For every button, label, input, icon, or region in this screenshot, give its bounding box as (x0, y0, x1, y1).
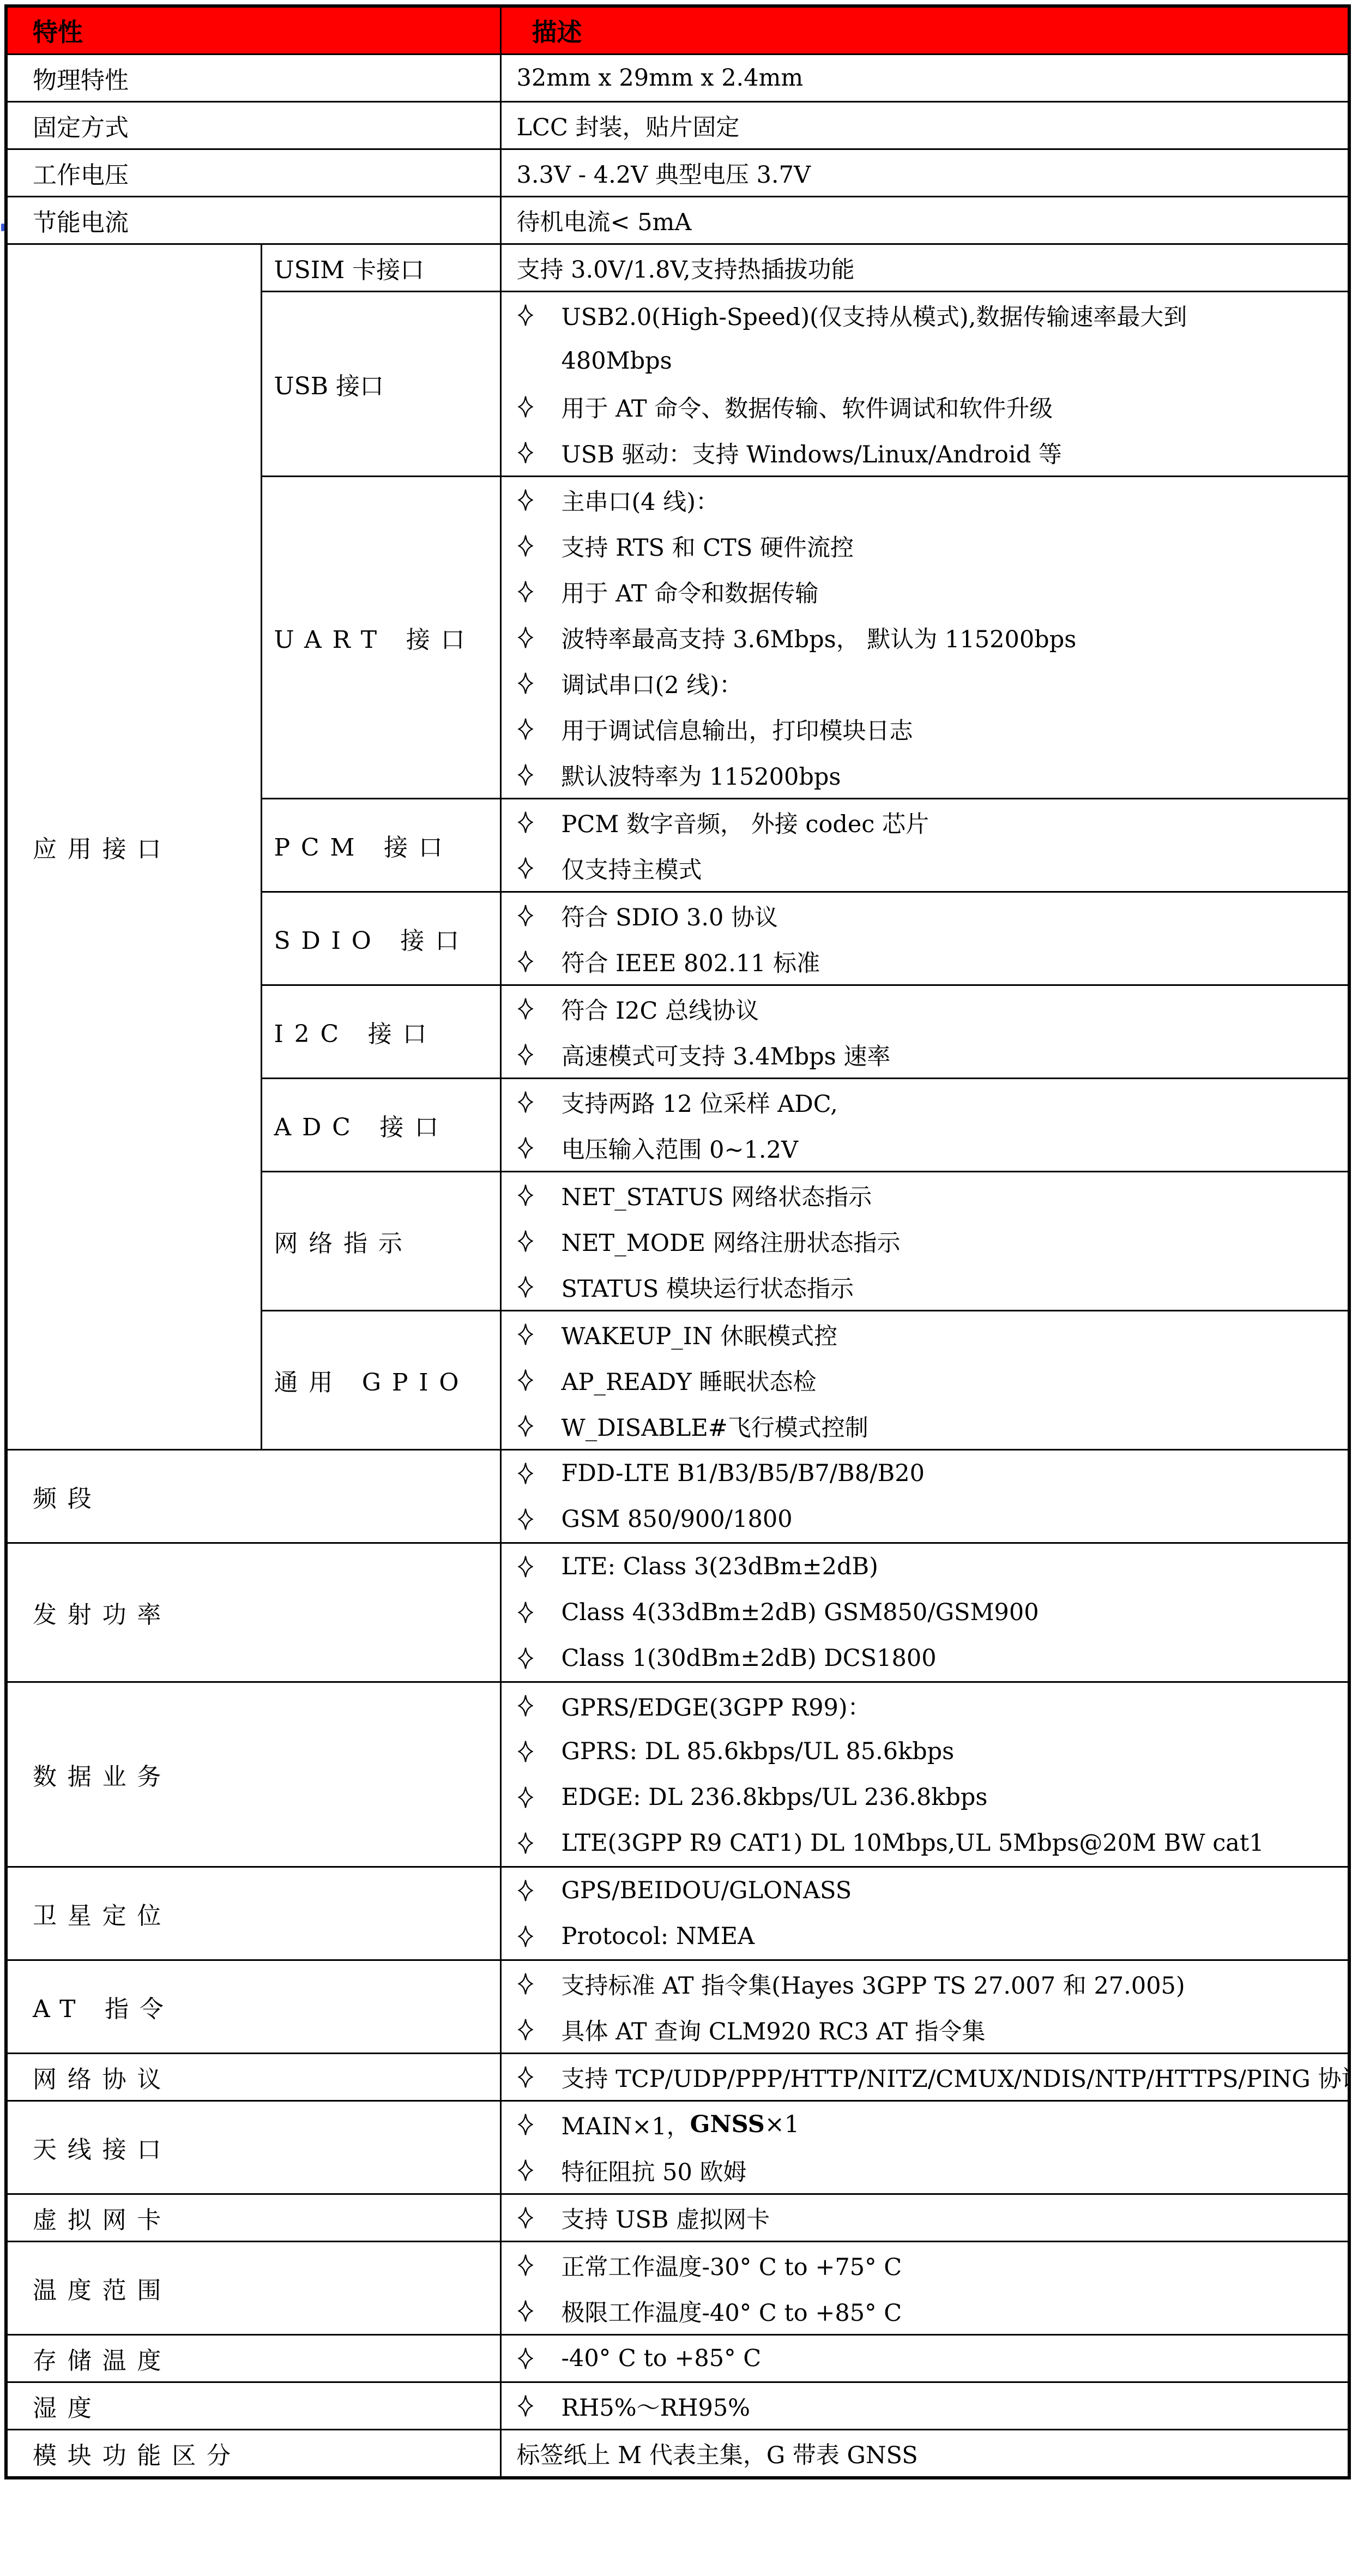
desc-bullet-line: -40° C to +85° C (502, 2336, 1348, 2381)
table-header-row: 特性 描述 (6, 6, 1349, 55)
diamond-bullet-icon (518, 1785, 562, 1809)
desc-text: 默认波特率为 115200bps (562, 759, 841, 792)
diamond-bullet-icon (518, 441, 562, 465)
desc-bullet-line: NET_STATUS 网络状态指示 (502, 1172, 1348, 1218)
diamond-bullet-icon (518, 2299, 562, 2323)
diamond-bullet-icon (518, 904, 562, 928)
description-cell: PCM 数字音频， 外接 codec 芯片仅支持主模式 (500, 799, 1349, 892)
table-row: 数据业务GPRS/EDGE(3GPP R99)：GPRS: DL 85.6kbp… (6, 1682, 1349, 1867)
description-cell: LCC 封装，贴片固定 (500, 102, 1349, 149)
feature-cell: 存储温度 (6, 2335, 500, 2382)
desc-text: 支持两路 12 位采样 ADC, (562, 1086, 838, 1119)
desc-text: GPRS: DL 85.6kbps/UL 85.6kbps (562, 1738, 955, 1765)
desc-bullet-line: WAKEUP_IN 休眠模式控 (502, 1311, 1348, 1357)
desc-text: 用于 AT 命令、数据传输、软件调试和软件升级 (562, 390, 1053, 424)
desc-line: 支持 3.0V/1.8V,支持热插拔功能 (502, 245, 1348, 291)
subfeature-cell: 通用 GPIO (261, 1311, 500, 1450)
diamond-bullet-icon (518, 1414, 562, 1438)
diamond-bullet-icon (518, 763, 562, 787)
description-cell: 支持 3.0V/1.8V,支持热插拔功能 (500, 244, 1349, 292)
header-cell-description: 描述 (500, 6, 1349, 55)
description-cell: RH5%～RH95% (500, 2382, 1349, 2430)
table-row: 发射功率LTE: Class 3(23dBm±2dB)Class 4(33dBm… (6, 1543, 1349, 1682)
desc-text: GSM 850/900/1800 (562, 1506, 793, 1533)
desc-bullet-line: STATUS 模块运行状态指示 (502, 1264, 1348, 1310)
desc-text: NET_STATUS 网络状态指示 (562, 1179, 872, 1212)
desc-text: 支持 TCP/UDP/PPP/HTTP/NITZ/CMUX/NDIS/NTP/H… (562, 2061, 1350, 2094)
diamond-bullet-icon (518, 2158, 562, 2182)
desc-bullet-line: GPRS/EDGE(3GPP R99)： (502, 1683, 1348, 1729)
desc-bullet-line: 仅支持主模式 (502, 845, 1348, 891)
diamond-bullet-icon (518, 1043, 562, 1067)
description-cell: 符合 SDIO 3.0 协议符合 IEEE 802.11 标准 (500, 892, 1349, 985)
desc-text: LTE: Class 3(23dBm±2dB) (562, 1553, 878, 1580)
feature-cell: 温度范围 (6, 2242, 500, 2335)
diamond-bullet-icon (518, 625, 562, 649)
table-row: 物理特性32mm x 29mm x 2.4mm (6, 55, 1349, 102)
table-row: 湿度RH5%～RH95% (6, 2382, 1349, 2430)
diamond-bullet-icon (518, 2018, 562, 2042)
desc-bullet-line: 主串口(4 线)： (502, 477, 1348, 523)
desc-text: 待机电流< 5mA (517, 204, 692, 237)
desc-text: 电压输入范围 0~1.2V (562, 1131, 799, 1165)
desc-text: 符合 SDIO 3.0 协议 (562, 899, 778, 932)
desc-text: 480Mbps (562, 347, 672, 375)
desc-bullet-line: W_DISABLE#飞行模式控制 (502, 1403, 1348, 1449)
feature-cell: 天线接口 (6, 2101, 500, 2194)
desc-text: AP_READY 睡眠状态检 (562, 1364, 817, 1397)
description-cell: NET_STATUS 网络状态指示NET_MODE 网络注册状态指示STATUS… (500, 1172, 1349, 1311)
desc-bullet-line: RH5%～RH95% (502, 2383, 1348, 2429)
description-cell: 支持标准 AT 指令集(Hayes 3GPP TS 27.007 和 27.00… (500, 1960, 1349, 2054)
desc-text: Class 4(33dBm±2dB) GSM850/GSM900 (562, 1599, 1039, 1626)
desc-text: 仅支持主模式 (562, 852, 702, 885)
desc-bullet-line: 波特率最高支持 3.6Mbps， 默认为 115200bps (502, 615, 1348, 660)
desc-bullet-line: 支持两路 12 位采样 ADC, (502, 1079, 1348, 1125)
feature-cell: 虚拟网卡 (6, 2194, 500, 2242)
desc-text: 标签纸上 M 代表主集，G 带表 GNSS (517, 2437, 918, 2470)
description-cell: FDD-LTE B1/B3/B5/B7/B8/B20GSM 850/900/18… (500, 1450, 1349, 1543)
feature-cell: 卫星定位 (6, 1867, 500, 1960)
desc-text: 用于 AT 命令和数据传输 (562, 575, 819, 609)
desc-line: 32mm x 29mm x 2.4mm (502, 55, 1348, 101)
desc-bullet-line: AP_READY 睡眠状态检 (502, 1357, 1348, 1403)
subfeature-cell: I2C 接口 (261, 985, 500, 1079)
diamond-bullet-icon (518, 1555, 562, 1579)
desc-text: USB 驱动：支持 Windows/Linux/Android 等 (562, 436, 1062, 470)
desc-bullet-line: GSM 850/900/1800 (502, 1496, 1348, 1542)
desc-text: LCC 封装，贴片固定 (517, 109, 740, 142)
diamond-bullet-icon (518, 1507, 562, 1531)
desc-text: 特征阻抗 50 欧姆 (562, 2154, 747, 2187)
diamond-bullet-icon (518, 488, 562, 512)
diamond-bullet-icon (518, 1646, 562, 1670)
desc-bullet-line: USB2.0(High-Speed)(仅支持从模式),数据传输速率最大到 (502, 292, 1348, 338)
table-row: 节能电流待机电流< 5mA (6, 197, 1349, 244)
subfeature-cell: PCM 接口 (261, 799, 500, 892)
desc-bullet-line: NET_MODE 网络注册状态指示 (502, 1218, 1348, 1264)
desc-bullet-line: 支持 RTS 和 CTS 硬件流控 (502, 523, 1348, 569)
description-cell: GPS/BEIDOU/GLONASSProtocol: NMEA (500, 1867, 1349, 1960)
desc-bullet-line: 高速模式可支持 3.4Mbps 速率 (502, 1032, 1348, 1078)
subfeature-cell: UART 接口 (261, 477, 500, 799)
desc-text: 符合 IEEE 802.11 标准 (562, 945, 820, 978)
table-row: 模块功能区分标签纸上 M 代表主集，G 带表 GNSS (6, 2430, 1349, 2478)
description-cell: USB2.0(High-Speed)(仅支持从模式),数据传输速率最大到480M… (500, 292, 1349, 477)
description-cell: GPRS/EDGE(3GPP R99)：GPRS: DL 85.6kbps/UL… (500, 1682, 1349, 1867)
desc-bullet-line: PCM 数字音频， 外接 codec 芯片 (502, 799, 1348, 845)
desc-text: 主串口(4 线)： (562, 484, 720, 517)
desc-bullet-line: 用于 AT 命令和数据传输 (502, 569, 1348, 615)
description-cell: WAKEUP_IN 休眠模式控AP_READY 睡眠状态检W_DISABLE#飞… (500, 1311, 1349, 1450)
desc-bullet-line: 电压输入范围 0~1.2V (502, 1125, 1348, 1171)
desc-bullet-line: 调试串口(2 线)： (502, 660, 1348, 706)
feature-cell: 频段 (6, 1450, 500, 1543)
diamond-bullet-icon (518, 1879, 562, 1903)
desc-text: PCM 数字音频， 外接 codec 芯片 (562, 806, 929, 839)
description-cell: 待机电流< 5mA (500, 197, 1349, 244)
feature-cell: 发射功率 (6, 1543, 500, 1682)
desc-text: FDD-LTE B1/B3/B5/B7/B8/B20 (562, 1460, 925, 1487)
document-page: 特性 描述 物理特性32mm x 29mm x 2.4mm固定方式LCC 封装，… (0, 0, 1352, 2576)
diamond-bullet-icon (518, 949, 562, 973)
desc-bullet-line: LTE(3GPP R9 CAT1) DL 10Mbps,UL 5Mbps@20M… (502, 1820, 1348, 1866)
desc-text: 支持 RTS 和 CTS 硬件流控 (562, 529, 854, 563)
feature-cell: AT 指令 (6, 1960, 500, 2054)
table-row: 工作电压3.3V - 4.2V 典型电压 3.7V (6, 149, 1349, 197)
desc-text: MAIN×1， (562, 2108, 690, 2141)
desc-bullet-line: 符合 IEEE 802.11 标准 (502, 938, 1348, 984)
subfeature-cell: USB 接口 (261, 292, 500, 477)
description-cell: 支持两路 12 位采样 ADC,电压输入范围 0~1.2V (500, 1079, 1349, 1172)
diamond-bullet-icon (518, 2394, 562, 2418)
diamond-bullet-icon (518, 1136, 562, 1160)
diamond-bullet-icon (518, 1275, 562, 1299)
desc-text: 极限工作温度-40° C to +85° C (562, 2295, 902, 2328)
desc-bullet-line: 支持标准 AT 指令集(Hayes 3GPP TS 27.007 和 27.00… (502, 1961, 1348, 2007)
diamond-bullet-icon (518, 2206, 562, 2230)
diamond-bullet-icon (518, 997, 562, 1021)
table-row: AT 指令支持标准 AT 指令集(Hayes 3GPP TS 27.007 和 … (6, 1960, 1349, 2054)
table-row: 温度范围正常工作温度-30° C to +75° C极限工作温度-40° C t… (6, 2242, 1349, 2335)
subfeature-cell: 网络指示 (261, 1172, 500, 1311)
diamond-bullet-icon (518, 1461, 562, 1485)
description-cell: MAIN×1，GNSS×1特征阻抗 50 欧姆 (500, 2101, 1349, 2194)
desc-text: 符合 I2C 总线协议 (562, 992, 759, 1026)
diamond-bullet-icon (518, 534, 562, 558)
desc-bullet-line: 支持 TCP/UDP/PPP/HTTP/NITZ/CMUX/NDIS/NTP/H… (502, 2054, 1348, 2100)
diamond-bullet-icon (518, 1924, 562, 1948)
description-cell: 支持 USB 虚拟网卡 (500, 2194, 1349, 2242)
desc-text: 3.3V - 4.2V 典型电压 3.7V (517, 157, 811, 190)
desc-bullet-line: GPS/BEIDOU/GLONASS (502, 1868, 1348, 1913)
desc-bullet-line: Class 1(30dBm±2dB) DCS1800 (502, 1635, 1348, 1681)
feature-cell: 物理特性 (6, 55, 500, 102)
desc-text: Class 1(30dBm±2dB) DCS1800 (562, 1645, 937, 1672)
diamond-bullet-icon (518, 1972, 562, 1996)
diamond-bullet-icon (518, 1694, 562, 1718)
diamond-bullet-icon (518, 2065, 562, 2089)
diamond-bullet-icon (518, 303, 562, 327)
description-cell: 正常工作温度-30° C to +75° C极限工作温度-40° C to +8… (500, 2242, 1349, 2335)
diamond-bullet-icon (518, 1183, 562, 1207)
table-row: 频段FDD-LTE B1/B3/B5/B7/B8/B20GSM 850/900/… (6, 1450, 1349, 1543)
diamond-bullet-icon (518, 1368, 562, 1392)
desc-bullet-line: 支持 USB 虚拟网卡 (502, 2195, 1348, 2241)
desc-bullet-line: 符合 SDIO 3.0 协议 (502, 893, 1348, 938)
desc-text: RH5%～RH95% (562, 2390, 751, 2423)
subfeature-cell: USIM 卡接口 (261, 244, 500, 292)
feature-cell: 网络协议 (6, 2054, 500, 2101)
desc-bullet-line: 正常工作温度-30° C to +75° C (502, 2242, 1348, 2288)
desc-line: 480Mbps (502, 338, 1348, 384)
description-cell: 主串口(4 线)：支持 RTS 和 CTS 硬件流控用于 AT 命令和数据传输波… (500, 477, 1349, 799)
desc-text: ×1 (765, 2111, 799, 2138)
diamond-bullet-icon (518, 395, 562, 419)
description-cell: -40° C to +85° C (500, 2335, 1349, 2382)
subfeature-cell: SDIO 接口 (261, 892, 500, 985)
description-cell: 标签纸上 M 代表主集，G 带表 GNSS (500, 2430, 1349, 2478)
desc-bullet-line: 符合 I2C 总线协议 (502, 986, 1348, 1032)
feature-group-cell: 应用接口 (6, 244, 261, 1450)
desc-bullet-line: FDD-LTE B1/B3/B5/B7/B8/B20 (502, 1450, 1348, 1496)
desc-text: USB2.0(High-Speed)(仅支持从模式),数据传输速率最大到 (562, 299, 1187, 332)
table-row: 存储温度-40° C to +85° C (6, 2335, 1349, 2382)
desc-bullet-line: USB 驱动：支持 Windows/Linux/Android 等 (502, 430, 1348, 476)
desc-text: 正常工作温度-30° C to +75° C (562, 2249, 902, 2282)
desc-bullet-line: 默认波特率为 115200bps (502, 752, 1348, 798)
desc-bullet-line: 用于调试信息输出，打印模块日志 (502, 706, 1348, 752)
desc-text: 波特率最高支持 3.6Mbps， 默认为 115200bps (562, 621, 1077, 654)
desc-text: NET_MODE 网络注册状态指示 (562, 1225, 901, 1258)
spec-table: 特性 描述 物理特性32mm x 29mm x 2.4mm固定方式LCC 封装，… (4, 4, 1351, 2479)
feature-cell: 固定方式 (6, 102, 500, 149)
desc-text: GPRS/EDGE(3GPP R99)： (562, 1689, 871, 1723)
table-row: 固定方式LCC 封装，贴片固定 (6, 102, 1349, 149)
desc-bullet-line: 极限工作温度-40° C to +85° C (502, 2288, 1348, 2334)
diamond-bullet-icon (518, 2253, 562, 2277)
description-cell: LTE: Class 3(23dBm±2dB)Class 4(33dBm±2dB… (500, 1543, 1349, 1682)
desc-bullet-line: 具体 AT 查询 CLM920 RC3 AT 指令集 (502, 2007, 1348, 2053)
table-row: 卫星定位GPS/BEIDOU/GLONASSProtocol: NMEA (6, 1867, 1349, 1960)
desc-text: 用于调试信息输出，打印模块日志 (562, 713, 913, 746)
table-row: 虚拟网卡支持 USB 虚拟网卡 (6, 2194, 1349, 2242)
table-row: 天线接口MAIN×1，GNSS×1特征阻抗 50 欧姆 (6, 2101, 1349, 2194)
desc-bullet-line: LTE: Class 3(23dBm±2dB) (502, 1544, 1348, 1590)
desc-text: -40° C to +85° C (562, 2345, 762, 2372)
desc-line: LCC 封装，贴片固定 (502, 103, 1348, 148)
description-cell: 3.3V - 4.2V 典型电压 3.7V (500, 149, 1349, 197)
desc-text: 支持 USB 虚拟网卡 (562, 2201, 770, 2235)
feature-cell: 工作电压 (6, 149, 500, 197)
stray-blue-mark (1, 224, 4, 231)
desc-bullet-line: 用于 AT 命令、数据传输、软件调试和软件升级 (502, 384, 1348, 430)
diamond-bullet-icon (518, 2346, 562, 2370)
diamond-bullet-icon (518, 1322, 562, 1346)
subfeature-cell: ADC 接口 (261, 1079, 500, 1172)
desc-line: 待机电流< 5mA (502, 197, 1348, 243)
desc-text: 具体 AT 查询 CLM920 RC3 AT 指令集 (562, 2013, 986, 2047)
description-cell: 支持 TCP/UDP/PPP/HTTP/NITZ/CMUX/NDIS/NTP/H… (500, 2054, 1349, 2101)
feature-cell: 节能电流 (6, 197, 500, 244)
diamond-bullet-icon (518, 1740, 562, 1764)
desc-bullet-line: MAIN×1，GNSS×1 (502, 2102, 1348, 2147)
desc-text: 32mm x 29mm x 2.4mm (517, 64, 804, 92)
desc-bullet-line: Class 4(33dBm±2dB) GSM850/GSM900 (502, 1590, 1348, 1635)
feature-cell: 模块功能区分 (6, 2430, 500, 2478)
desc-text: Protocol: NMEA (562, 1923, 755, 1950)
diamond-bullet-icon (518, 2112, 562, 2136)
desc-text: W_DISABLE#飞行模式控制 (562, 1410, 868, 1443)
diamond-bullet-icon (518, 1831, 562, 1855)
desc-text: EDGE: DL 236.8kbps/UL 236.8kbps (562, 1784, 988, 1811)
desc-line: 3.3V - 4.2V 典型电压 3.7V (502, 150, 1348, 196)
diamond-bullet-icon (518, 1600, 562, 1624)
diamond-bullet-icon (518, 717, 562, 741)
table-subrow: 应用接口USIM 卡接口支持 3.0V/1.8V,支持热插拔功能 (6, 244, 1349, 292)
diamond-bullet-icon (518, 856, 562, 880)
desc-line: 标签纸上 M 代表主集，G 带表 GNSS (502, 2430, 1348, 2476)
desc-text: 调试串口(2 线)： (562, 667, 743, 700)
desc-bullet-line: EDGE: DL 236.8kbps/UL 236.8kbps (502, 1774, 1348, 1820)
description-cell: 符合 I2C 总线协议高速模式可支持 3.4Mbps 速率 (500, 985, 1349, 1079)
feature-cell: 湿度 (6, 2382, 500, 2430)
diamond-bullet-icon (518, 1229, 562, 1253)
desc-text: 高速模式可支持 3.4Mbps 速率 (562, 1038, 891, 1072)
desc-text-bold: GNSS (690, 2111, 765, 2138)
desc-bullet-line: GPRS: DL 85.6kbps/UL 85.6kbps (502, 1729, 1348, 1774)
header-cell-feature: 特性 (6, 6, 500, 55)
desc-text: 支持 3.0V/1.8V,支持热插拔功能 (517, 251, 855, 285)
table-row: 网络协议支持 TCP/UDP/PPP/HTTP/NITZ/CMUX/NDIS/N… (6, 2054, 1349, 2101)
desc-bullet-line: 特征阻抗 50 欧姆 (502, 2147, 1348, 2193)
description-cell: 32mm x 29mm x 2.4mm (500, 55, 1349, 102)
diamond-bullet-icon (518, 671, 562, 695)
desc-text: 支持标准 AT 指令集(Hayes 3GPP TS 27.007 和 27.00… (562, 1967, 1185, 2001)
desc-text: STATUS 模块运行状态指示 (562, 1271, 854, 1304)
desc-text: WAKEUP_IN 休眠模式控 (562, 1318, 838, 1351)
diamond-bullet-icon (518, 580, 562, 604)
diamond-bullet-icon (518, 810, 562, 834)
diamond-bullet-icon (518, 1090, 562, 1114)
desc-bullet-line: Protocol: NMEA (502, 1913, 1348, 1959)
feature-cell: 数据业务 (6, 1682, 500, 1867)
desc-text: LTE(3GPP R9 CAT1) DL 10Mbps,UL 5Mbps@20M… (562, 1829, 1264, 1857)
desc-text: GPS/BEIDOU/GLONASS (562, 1877, 852, 1904)
